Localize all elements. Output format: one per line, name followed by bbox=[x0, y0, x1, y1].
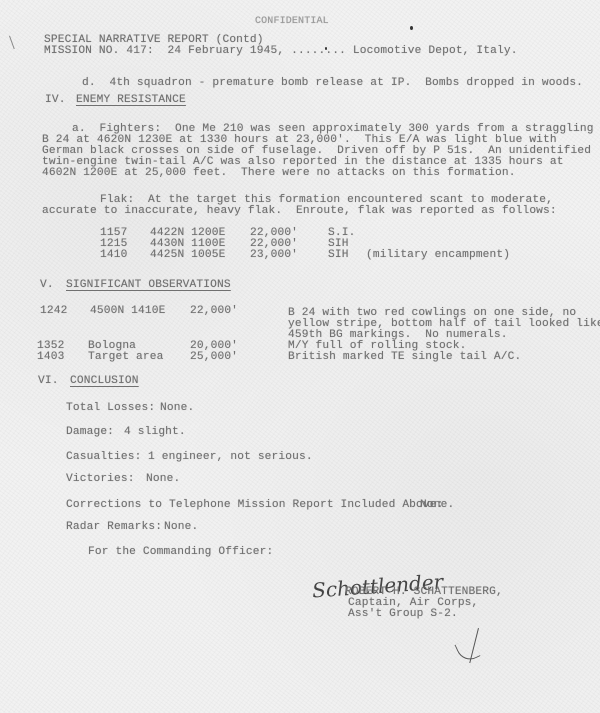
margin-mark-icon bbox=[9, 36, 15, 49]
scanned-document-page: CONFIDENTIAL SPECIAL NARRATIVE REPORT (C… bbox=[0, 0, 600, 713]
classification-header: CONFIDENTIAL bbox=[255, 16, 329, 27]
section-vi-number: VI. bbox=[38, 376, 59, 387]
section-iv-number: IV. bbox=[45, 95, 66, 106]
section-vi-heading: CONCLUSION bbox=[70, 376, 139, 387]
section-v-number: V. bbox=[40, 280, 54, 291]
mission-line: MISSION NO. 417: 24 February 1945, .....… bbox=[44, 46, 518, 57]
signoff-line: For the Commanding Officer: bbox=[88, 547, 273, 558]
section-v-heading: SIGNIFICANT OBSERVATIONS bbox=[66, 280, 231, 291]
flak-line-2: accurate to inaccurate, heavy flak. Enro… bbox=[42, 206, 557, 217]
fighters-line-5: 4602N 1200E at 25,000 feet. There were n… bbox=[42, 168, 516, 179]
ink-speck-icon bbox=[325, 47, 327, 50]
item-d: d. 4th squadron - premature bomb release… bbox=[82, 78, 583, 89]
ink-speck-icon bbox=[410, 26, 413, 30]
handwritten-initial-icon bbox=[454, 637, 480, 664]
section-iv-heading: ENEMY RESISTANCE bbox=[76, 95, 186, 106]
signatory-position: Ass't Group S-2. bbox=[348, 609, 458, 620]
